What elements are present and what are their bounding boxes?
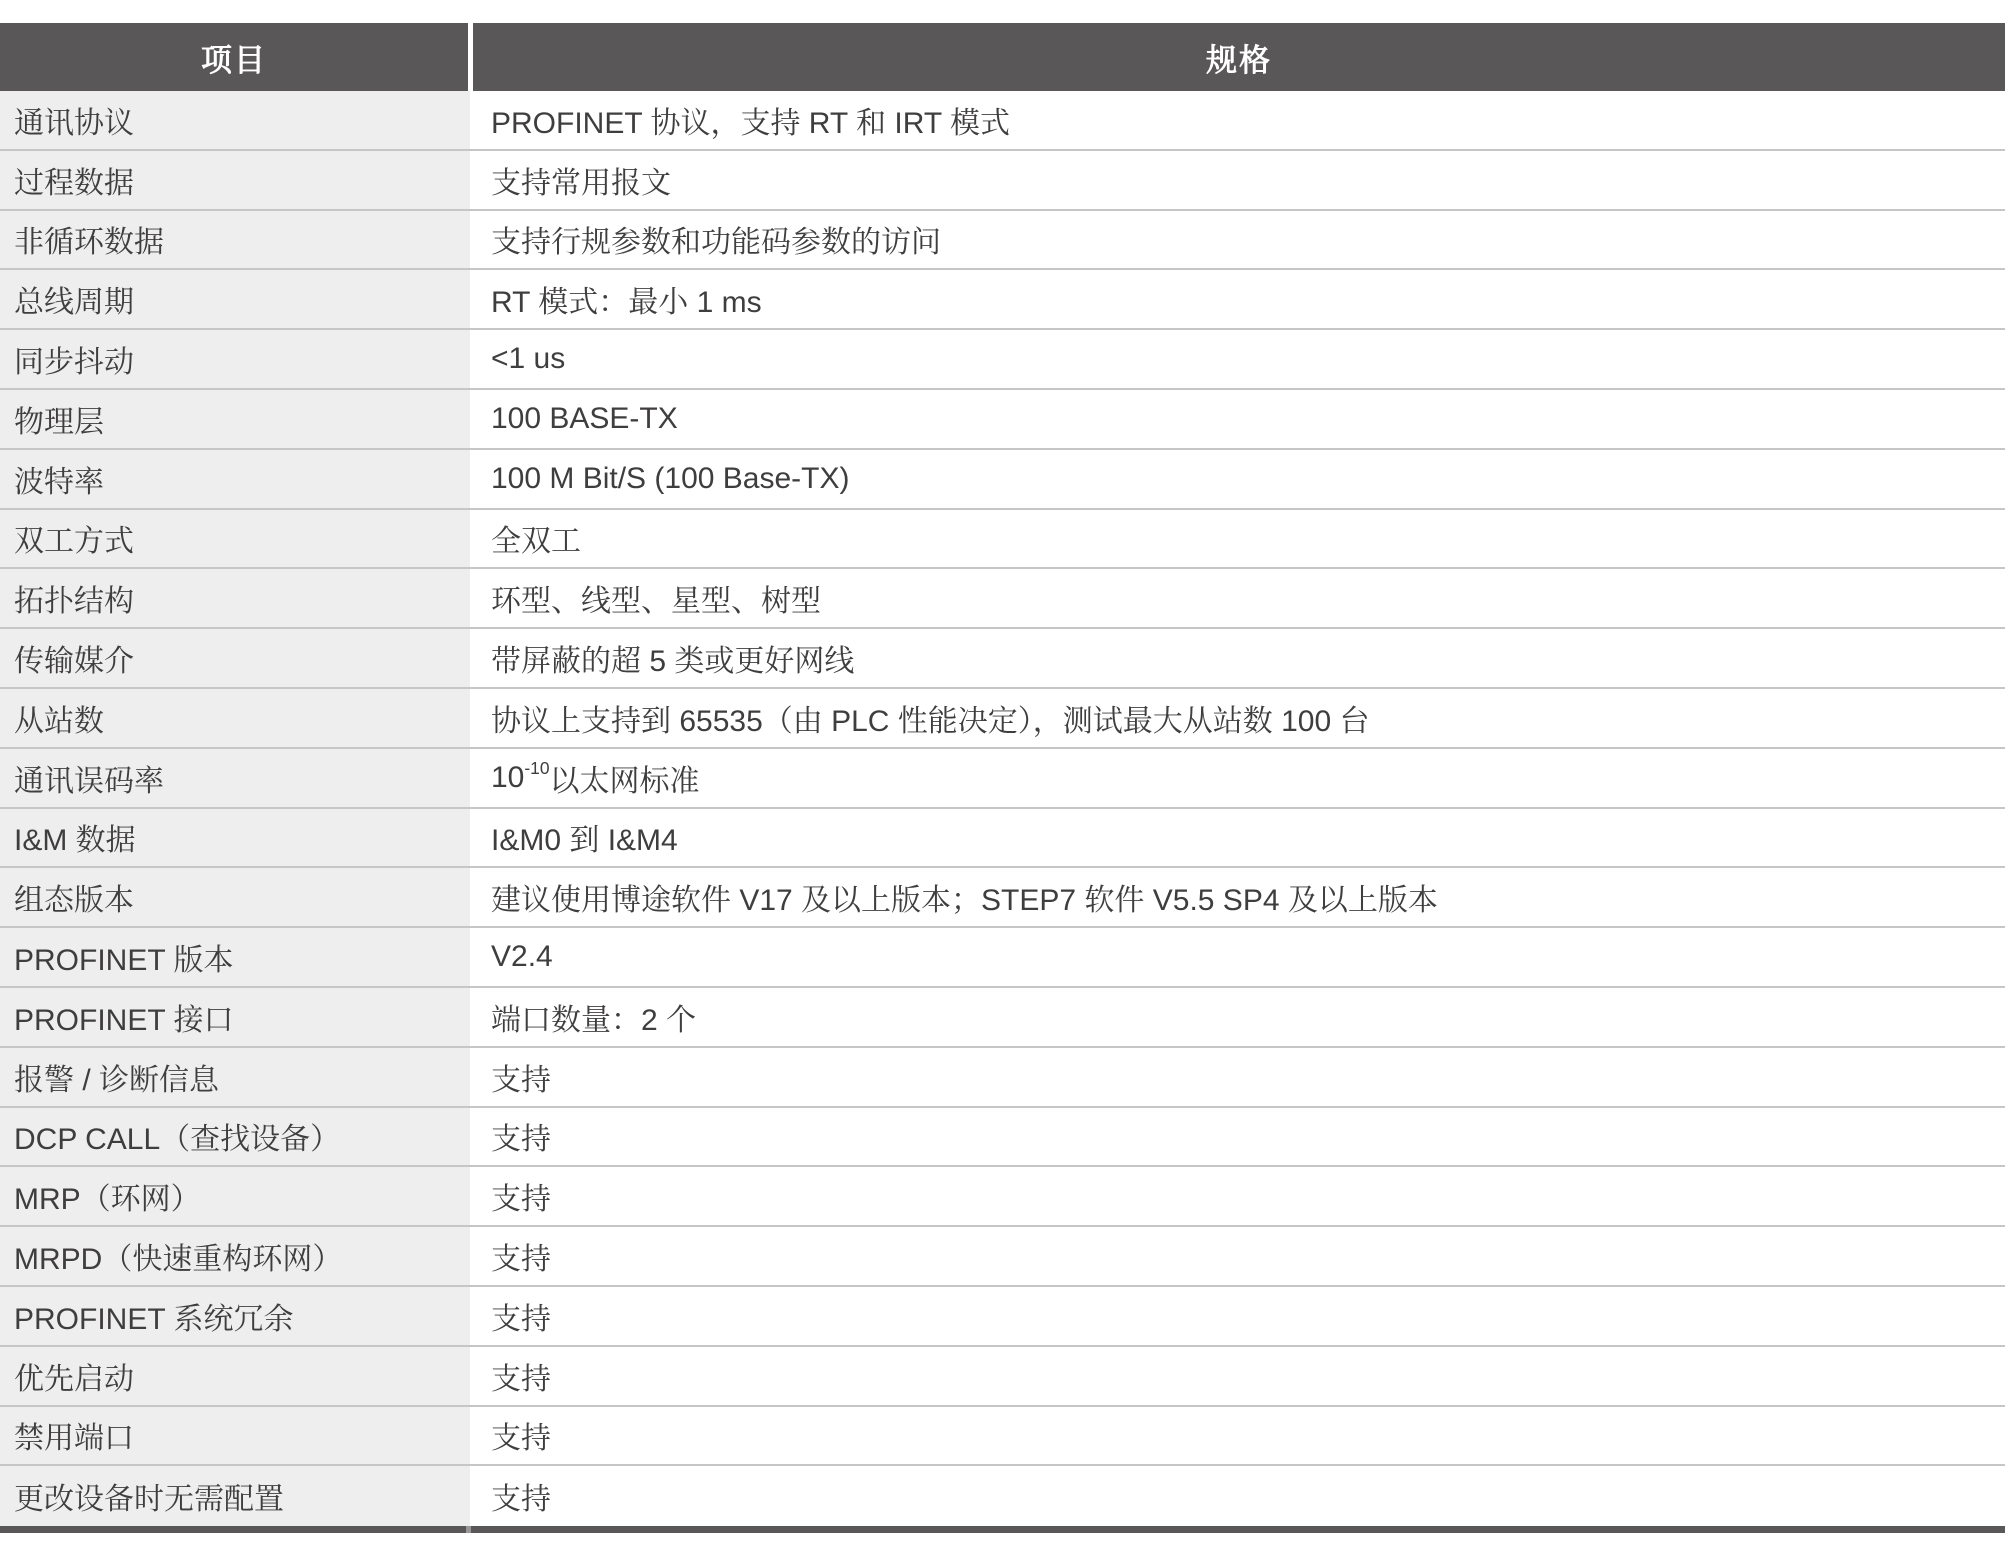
table-body: 通讯协议PROFINET 协议，支持 RT 和 IRT 模式过程数据支持常用报文… xyxy=(0,91,2005,1526)
table-row: 传输媒介带屏蔽的超 5 类或更好网线 xyxy=(0,629,2005,689)
row-value: 支持 xyxy=(470,1167,2005,1225)
row-label: PROFINET 接口 xyxy=(0,988,470,1046)
table-row: DCP CALL（查找设备）支持 xyxy=(0,1108,2005,1168)
row-label: 传输媒介 xyxy=(0,629,470,687)
column-header-item: 项目 xyxy=(0,23,468,91)
row-value: 支持 xyxy=(470,1227,2005,1285)
table-row: 通讯协议PROFINET 协议，支持 RT 和 IRT 模式 xyxy=(0,91,2005,151)
row-label: 报警 / 诊断信息 xyxy=(0,1048,470,1106)
row-value: 带屏蔽的超 5 类或更好网线 xyxy=(470,629,2005,687)
row-label: PROFINET 系统冗余 xyxy=(0,1287,470,1345)
row-value: 全双工 xyxy=(470,510,2005,568)
table-row: PROFINET 接口端口数量：2 个 xyxy=(0,988,2005,1048)
row-label: DCP CALL（查找设备） xyxy=(0,1108,470,1166)
table-row: 总线周期RT 模式：最小 1 ms xyxy=(0,270,2005,330)
table-header-row: 项目 规格 xyxy=(0,23,2005,91)
table-row: 优先启动支持 xyxy=(0,1347,2005,1407)
table-row: I&M 数据I&M0 到 I&M4 xyxy=(0,809,2005,869)
table-row: 同步抖动<1 us xyxy=(0,330,2005,390)
row-value: RT 模式：最小 1 ms xyxy=(470,270,2005,328)
row-label: 优先启动 xyxy=(0,1347,470,1405)
row-value: 环型、线型、星型、树型 xyxy=(470,569,2005,627)
row-label: 波特率 xyxy=(0,450,470,508)
table-row: 物理层100 BASE-TX xyxy=(0,390,2005,450)
row-label: 非循环数据 xyxy=(0,211,470,269)
table-row: 从站数协议上支持到 65535（由 PLC 性能决定），测试最大从站数 100 … xyxy=(0,689,2005,749)
table-row: MRPD（快速重构环网）支持 xyxy=(0,1227,2005,1287)
row-label: 通讯误码率 xyxy=(0,749,470,807)
row-label: 同步抖动 xyxy=(0,330,470,388)
table-row: 更改设备时无需配置支持 xyxy=(0,1466,2005,1526)
row-value: 100 BASE-TX xyxy=(470,390,2005,448)
row-value: 支持 xyxy=(470,1407,2005,1465)
row-label: 过程数据 xyxy=(0,151,470,209)
spec-table: 项目 规格 通讯协议PROFINET 协议，支持 RT 和 IRT 模式过程数据… xyxy=(0,23,2005,1533)
row-label: MRP（环网） xyxy=(0,1167,470,1225)
row-value: V2.4 xyxy=(470,928,2005,986)
table-row: 禁用端口支持 xyxy=(0,1407,2005,1467)
row-value: 支持常用报文 xyxy=(470,151,2005,209)
row-label: I&M 数据 xyxy=(0,809,470,867)
row-value: 建议使用博途软件 V17 及以上版本；STEP7 软件 V5.5 SP4 及以上… xyxy=(470,868,2005,926)
row-value: I&M0 到 I&M4 xyxy=(470,809,2005,867)
table-row: 非循环数据支持行规参数和功能码参数的访问 xyxy=(0,211,2005,271)
row-value: PROFINET 协议，支持 RT 和 IRT 模式 xyxy=(470,91,2005,149)
row-value: 支持 xyxy=(470,1347,2005,1405)
row-value: 支持 xyxy=(470,1108,2005,1166)
row-value: 10-10 以太网标准 xyxy=(470,749,2005,807)
row-label: 通讯协议 xyxy=(0,91,470,149)
row-value: 支持 xyxy=(470,1287,2005,1345)
table-row: 组态版本建议使用博途软件 V17 及以上版本；STEP7 软件 V5.5 SP4… xyxy=(0,868,2005,928)
table-row: 报警 / 诊断信息支持 xyxy=(0,1048,2005,1108)
row-label: 从站数 xyxy=(0,689,470,747)
table-row: 双工方式全双工 xyxy=(0,510,2005,570)
table-row: 波特率100 M Bit/S (100 Base-TX) xyxy=(0,450,2005,510)
table-row: 拓扑结构环型、线型、星型、树型 xyxy=(0,569,2005,629)
row-value: <1 us xyxy=(470,330,2005,388)
row-value: 支持行规参数和功能码参数的访问 xyxy=(470,211,2005,269)
page: 项目 规格 通讯协议PROFINET 协议，支持 RT 和 IRT 模式过程数据… xyxy=(0,0,2005,1555)
row-label: 组态版本 xyxy=(0,868,470,926)
row-label: 拓扑结构 xyxy=(0,569,470,627)
row-label: 更改设备时无需配置 xyxy=(0,1466,470,1526)
row-label: MRPD（快速重构环网） xyxy=(0,1227,470,1285)
row-label: 禁用端口 xyxy=(0,1407,470,1465)
row-label: 双工方式 xyxy=(0,510,470,568)
table-row: 过程数据支持常用报文 xyxy=(0,151,2005,211)
row-label: PROFINET 版本 xyxy=(0,928,470,986)
row-value: 支持 xyxy=(470,1048,2005,1106)
table-row: PROFINET 版本V2.4 xyxy=(0,928,2005,988)
row-value: 协议上支持到 65535（由 PLC 性能决定），测试最大从站数 100 台 xyxy=(470,689,2005,747)
row-value: 100 M Bit/S (100 Base-TX) xyxy=(470,450,2005,508)
row-value: 端口数量：2 个 xyxy=(470,988,2005,1046)
row-label: 总线周期 xyxy=(0,270,470,328)
table-row: MRP（环网）支持 xyxy=(0,1167,2005,1227)
row-label: 物理层 xyxy=(0,390,470,448)
table-row: PROFINET 系统冗余支持 xyxy=(0,1287,2005,1347)
table-bottom-rule xyxy=(0,1526,2005,1533)
row-value: 支持 xyxy=(470,1466,2005,1526)
column-header-spec: 规格 xyxy=(473,23,2005,91)
table-row: 通讯误码率10-10 以太网标准 xyxy=(0,749,2005,809)
